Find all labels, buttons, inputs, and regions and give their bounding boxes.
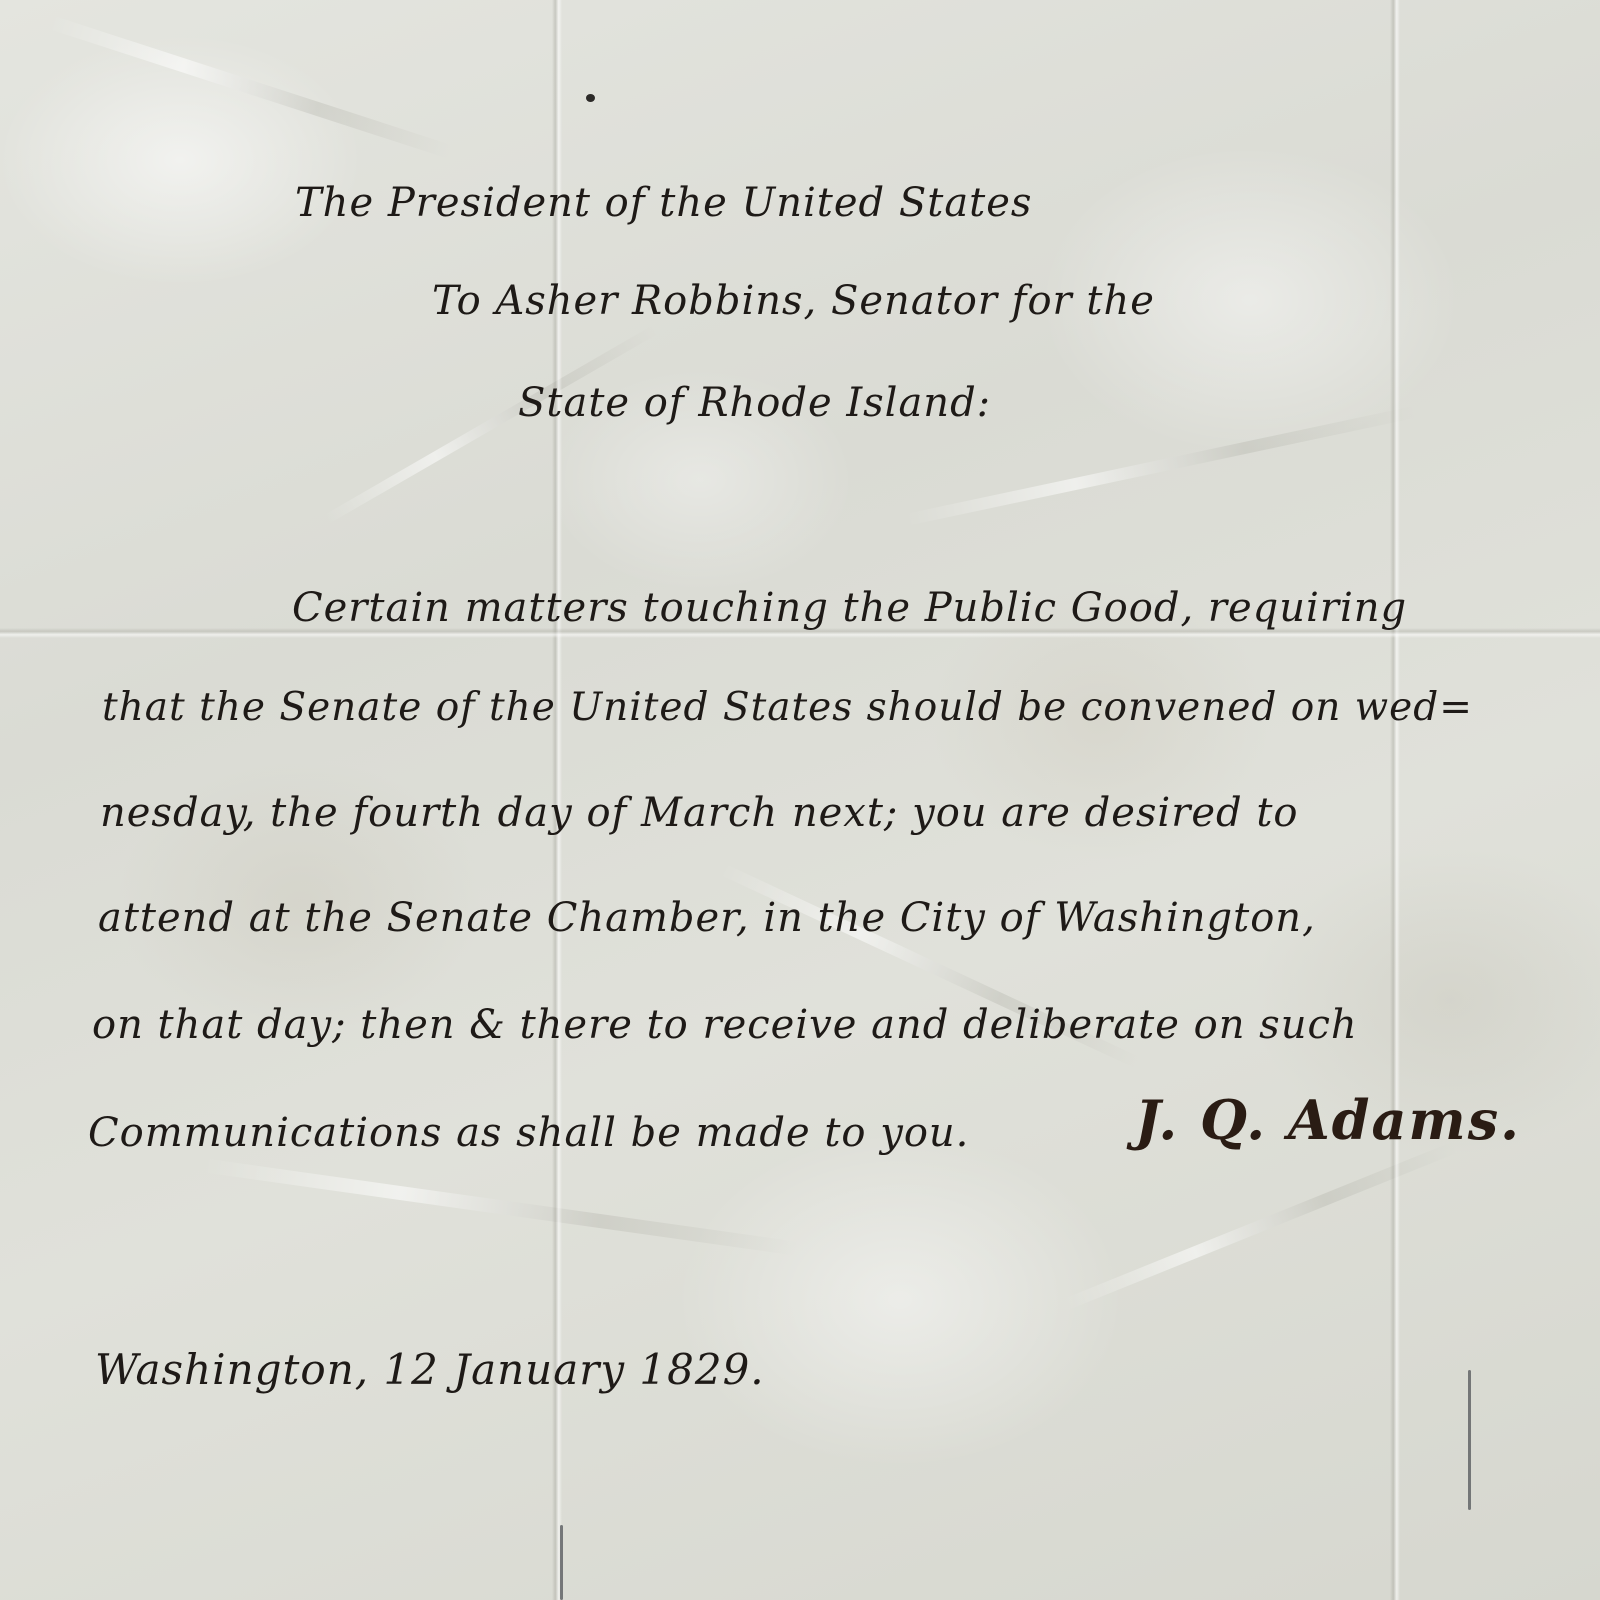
signature: J. Q. Adams. (1135, 1088, 1521, 1152)
body-line-1: Certain matters touching the Public Good… (292, 585, 1407, 631)
paper-tear (1468, 1370, 1471, 1510)
dateline: Washington, 12 January 1829. (95, 1345, 765, 1394)
body-line-5: on that day; then & there to receive and… (92, 1002, 1358, 1048)
body-line-6: Communications as shall be made to you. (88, 1110, 969, 1156)
body-line-4: attend at the Senate Chamber, in the Cit… (98, 895, 1316, 941)
ink-dot (586, 94, 595, 102)
address-line-1: The President of the United States (295, 180, 1032, 226)
fold-line-vertical (1390, 0, 1400, 1600)
body-line-3: nesday, the fourth day of March next; yo… (100, 790, 1298, 836)
paper-tear (560, 1525, 563, 1600)
body-line-2: that the Senate of the United States sho… (102, 685, 1473, 730)
address-line-3: State of Rhode Island: (518, 380, 991, 426)
address-line-2: To Asher Robbins, Senator for the (432, 278, 1155, 324)
